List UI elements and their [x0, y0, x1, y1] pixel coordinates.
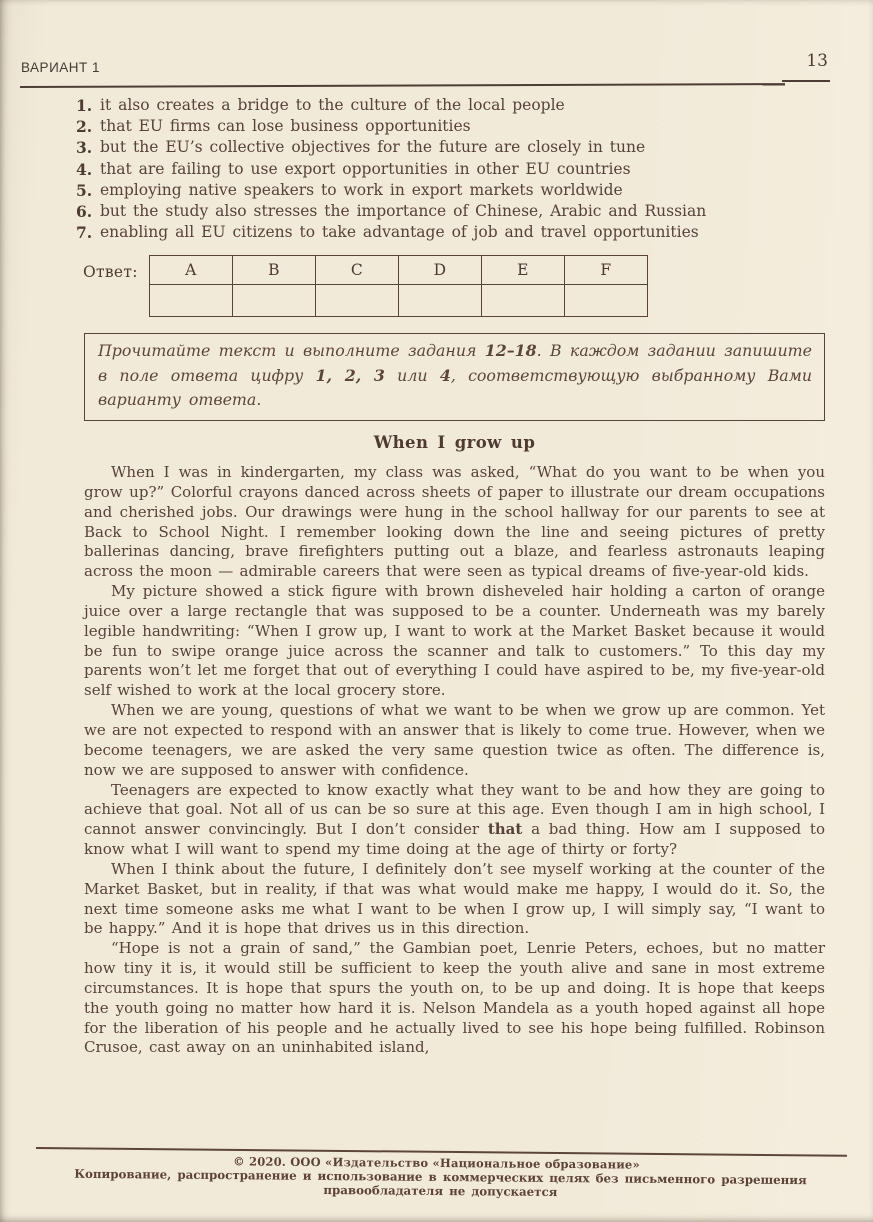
passage-paragraph: “Hope is not a grain of sand,” the Gambi… — [84, 939, 825, 1058]
option-item: 5. employing native speakers to work in … — [76, 180, 823, 201]
option-number: 2. — [76, 116, 100, 137]
option-number: 4. — [76, 159, 100, 180]
answer-block: Ответ: A B C D E F — [83, 255, 648, 317]
option-number: 5. — [76, 180, 100, 201]
option-text: but the EU’s collective objectives for t… — [100, 137, 823, 158]
passage-paragraph: When we are young, questions of what we … — [84, 701, 825, 780]
option-text: that are failing to use export opportuni… — [100, 159, 823, 180]
page-number: 13 — [806, 51, 828, 71]
passage-paragraph: When I was in kindergarten, my class was… — [84, 463, 825, 582]
option-item: 3. but the EU’s collective objectives fo… — [76, 137, 823, 158]
copyright-notice: Копирование, распространение и использов… — [30, 1166, 851, 1201]
answer-cell — [398, 285, 481, 317]
answer-header-row: A B C D E F — [149, 256, 647, 285]
option-item: 2. that EU firms can lose business oppor… — [76, 116, 823, 137]
option-number: 6. — [76, 201, 100, 222]
option-number: 1. — [76, 95, 100, 116]
answer-column-header: E — [481, 256, 564, 285]
option-item: 4. that are failing to use export opport… — [76, 159, 823, 180]
option-item: 6. but the study also stresses the impor… — [76, 201, 823, 222]
variant-label: ВАРИАНТ 1 — [21, 60, 100, 75]
answer-cell — [149, 285, 232, 317]
option-number: 3. — [76, 137, 100, 158]
option-item: 7. enabling all EU citizens to take adva… — [76, 222, 823, 243]
option-number: 7. — [76, 222, 100, 243]
answer-column-header: F — [564, 256, 647, 285]
option-text: enabling all EU citizens to take advanta… — [100, 222, 823, 243]
answer-column-header: D — [398, 256, 481, 285]
header-rule — [20, 83, 785, 88]
page-header: ВАРИАНТ 1 13 — [21, 57, 828, 77]
answer-label: Ответ: — [83, 263, 138, 281]
answer-column-header: C — [315, 256, 398, 285]
instruction-box: Прочитайте текст и выполните задания 12–… — [84, 333, 825, 421]
passage-paragraph: Teenagers are expected to know exactly w… — [84, 781, 825, 860]
answer-column-header: A — [149, 256, 232, 285]
answer-table: A B C D E F — [149, 255, 648, 317]
answer-input-row — [149, 285, 647, 317]
answer-cell — [232, 285, 315, 317]
instruction-text: Прочитайте текст и выполните задания 12–… — [98, 339, 812, 413]
answer-cell — [564, 285, 647, 317]
answer-cell — [315, 285, 398, 317]
option-text: but the study also stresses the importan… — [100, 201, 823, 222]
option-text: employing native speakers to work in exp… — [100, 180, 823, 201]
option-text: that EU firms can lose business opportun… — [100, 116, 823, 137]
passage-paragraph: My picture showed a stick figure with br… — [84, 582, 825, 701]
option-text: it also creates a bridge to the culture … — [100, 95, 823, 116]
options-list: 1. it also creates a bridge to the cultu… — [76, 95, 823, 243]
answer-cell — [481, 285, 564, 317]
scanned-exam-page: ВАРИАНТ 1 13 1. it also creates a bridge… — [0, 0, 873, 1222]
answer-column-header: B — [232, 256, 315, 285]
passage-body: When I was in kindergarten, my class was… — [84, 463, 825, 1058]
option-item: 1. it also creates a bridge to the cultu… — [76, 95, 823, 116]
passage-paragraph: When I think about the future, I definit… — [84, 860, 825, 939]
passage-title: When I grow up — [84, 433, 825, 452]
header-rule-short — [782, 80, 830, 82]
